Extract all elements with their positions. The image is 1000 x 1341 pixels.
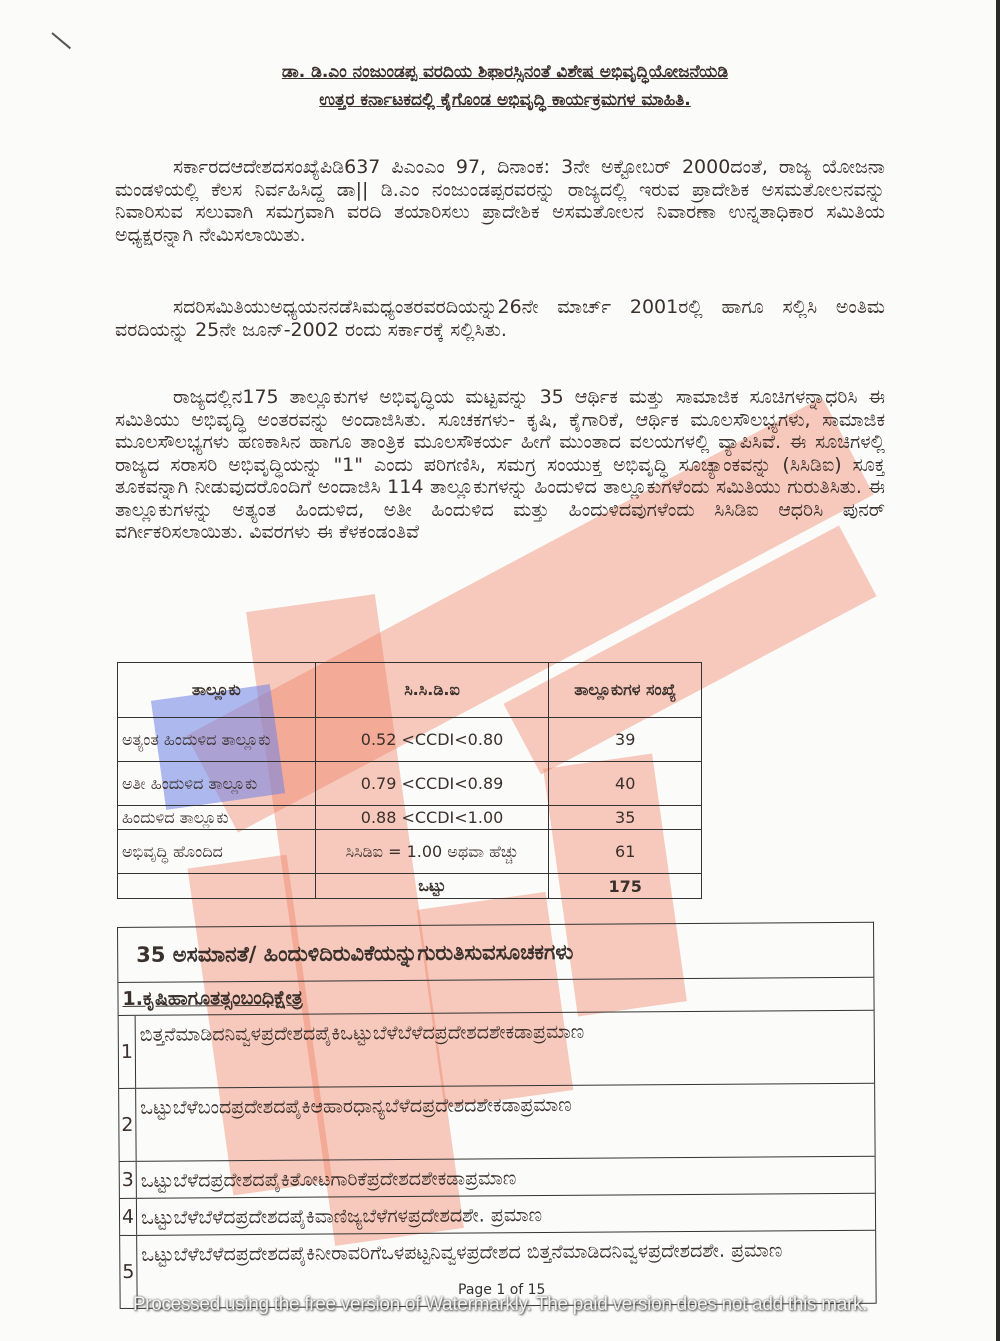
- indicator-number: 3: [120, 1162, 137, 1198]
- pen-mark: [51, 32, 71, 49]
- cell-category: ಅಭಿವೃದ್ಧಿ ಹೊಂದಿದ: [118, 830, 316, 874]
- title-line-1: ಡಾ. ಡಿ.ಎಂ ನಂಜುಂಡಪ್ಪ ವರದಿಯ ಶಿಫಾರಸ್ಸಿನಂತೆ …: [130, 58, 880, 86]
- indicator-number: 2: [119, 1089, 137, 1161]
- cell-range: 0.79 <CCDI<0.89: [315, 762, 549, 806]
- table-row: ಹಿಂದುಳಿದ ತಾಲ್ಲೂಕು 0.88 <CCDI<1.00 35: [118, 806, 702, 830]
- paragraph-3: ರಾಜ್ಯದಲ್ಲಿನ175 ತಾಲ್ಲೂಕುಗಳ ಅಭಿವೃದ್ಧಿಯ ಮಟ್…: [115, 386, 885, 544]
- indicator-text: ಬಿತ್ತನೆಮಾಡಿದನಿವ್ವಳಪ್ರದೇಶದಪೈಕಿಒಟ್ಟುಬೆಳೆಬೆ…: [136, 1011, 874, 1088]
- cell-range: 0.88 <CCDI<1.00: [315, 806, 549, 830]
- indicator-row: 3 ಒಟ್ಟುಬೆಳೆದಪ್ರದೇಶದಪೈಕಿತೋಟಗಾರಿಕೆಪ್ರದೇಶದಶ…: [120, 1157, 875, 1199]
- indicator-row: 4 ಒಟ್ಟುಬೆಳೆಬೆಳೆದಪ್ರದೇಶದಪೈಕಿವಾಣಿಜ್ಯಬೆಳೆಗಳ…: [120, 1194, 875, 1236]
- indicators-table: 35 ಅಸಮಾನತೆ/ ಹಿಂದುಳಿದಿರುವಿಕೆಯನ್ನುಗುರುತಿಸು…: [117, 922, 877, 1309]
- paragraph-1: ಸರ್ಕಾರದಆದೇಶದಸಂಖ್ಯೆಪಿಡಿ637 ಪಿಎಂಎಂ 97, ದಿನ…: [115, 156, 885, 246]
- table-row: ಅತೀ ಹಿಂದುಳಿದ ತಾಲ್ಲೂಕು 0.79 <CCDI<0.89 40: [118, 762, 702, 806]
- cell-empty: [118, 874, 316, 899]
- paragraph-2: ಸದರಿಸಮಿತಿಯುಅಧ್ಯಯನನಡೆಸಿಮಧ್ಯಂತರವರದಿಯನ್ನು26…: [115, 296, 885, 341]
- cell-count: 35: [549, 806, 702, 830]
- table-row: ಅಭಿವೃದ್ಧಿ ಹೊಂದಿದ ಸಿಸಿಡಿಐ = 1.00 ಅಥವಾ ಹೆಚ…: [118, 830, 702, 874]
- page-edge: [996, 0, 1000, 1341]
- total-label: ಒಟ್ಟು: [315, 874, 549, 899]
- cell-range: ಸಿಸಿಡಿಐ = 1.00 ಅಥವಾ ಹೆಚ್ಚು: [315, 830, 549, 874]
- cell-category: ಅತೀ ಹಿಂದುಳಿದ ತಾಲ್ಲೂಕು: [118, 762, 316, 806]
- indicator-row: 1 ಬಿತ್ತನೆಮಾಡಿದನಿವ್ವಳಪ್ರದೇಶದಪೈಕಿಒಟ್ಟುಬೆಳೆ…: [119, 1011, 874, 1089]
- cell-count: 40: [549, 762, 702, 806]
- indicator-text: ಒಟ್ಟುಬೆಳೆದಪ್ರದೇಶದಪೈಕಿತೋಟಗಾರಿಕೆಪ್ರದೇಶದಶೇಕ…: [137, 1157, 875, 1198]
- document-title: ಡಾ. ಡಿ.ಎಂ ನಂಜುಂಡಪ್ಪ ವರದಿಯ ಶಿಫಾರಸ್ಸಿನಂತೆ …: [130, 58, 880, 114]
- cell-count: 61: [549, 830, 702, 874]
- header-taluk: ತಾಲ್ಲೂಕು: [118, 663, 316, 718]
- indicator-number: 4: [120, 1199, 137, 1235]
- table-row: ಅತ್ಯಂತ ಹಿಂದುಳಿದ ತಾಲ್ಲೂಕು 0.52 <CCDI<0.80…: [118, 718, 702, 762]
- cell-count: 39: [549, 718, 702, 762]
- table-header-row: ತಾಲ್ಲೂಕು ಸಿ.ಸಿ.ಡಿ.ಐ ತಾಲ್ಲೂಕುಗಳ ಸಂಖ್ಯೆ: [118, 663, 702, 718]
- indicator-text: ಒಟ್ಟುಬೆಳೆಬಂದಪ್ರದೇಶದಪೈಕಿಆಹಾರಧಾನ್ಯಬೆಳೆದಪ್ರ…: [136, 1084, 874, 1161]
- header-count: ತಾಲ್ಲೂಕುಗಳ ಸಂಖ್ಯೆ: [549, 663, 702, 718]
- cell-category: ಅತ್ಯಂತ ಹಿಂದುಳಿದ ತಾಲ್ಲೂಕು: [118, 718, 316, 762]
- title-line-2: ಉತ್ತರ ಕರ್ನಾಟಕದಲ್ಲಿ ಕೈಗೊಂಡ ಅಭಿವೃದ್ಧಿ ಕಾರ್…: [130, 86, 880, 114]
- indicators-heading: 35 ಅಸಮಾನತೆ/ ಹಿಂದುಳಿದಿರುವಿಕೆಯನ್ನುಗುರುತಿಸು…: [118, 923, 873, 983]
- watermark-text: Processed using the free version of Wate…: [0, 1294, 1000, 1316]
- cell-range: 0.52 <CCDI<0.80: [315, 718, 549, 762]
- indicators-section: 1.ಕೃಷಿಹಾಗೂತತ್ಸಂಬಂಧಿಕ್ಷೇತ್ರ: [118, 978, 873, 1016]
- indicator-text: ಒಟ್ಟುಬೆಳೆಬೆಳೆದಪ್ರದೇಶದಪೈಕಿವಾಣಿಜ್ಯಬೆಳೆಗಳಪ್…: [137, 1194, 875, 1235]
- indicator-row: 2 ಒಟ್ಟುಬೆಳೆಬಂದಪ್ರದೇಶದಪೈಕಿಆಹಾರಧಾನ್ಯಬೆಳೆದಪ…: [119, 1084, 874, 1162]
- table-total-row: ಒಟ್ಟು 175: [118, 874, 702, 899]
- ccdi-table: ತಾಲ್ಲೂಕು ಸಿ.ಸಿ.ಡಿ.ಐ ತಾಲ್ಲೂಕುಗಳ ಸಂಖ್ಯೆ ಅತ…: [117, 662, 702, 899]
- cell-category: ಹಿಂದುಳಿದ ತಾಲ್ಲೂಕು: [118, 806, 316, 830]
- indicator-number: 1: [119, 1016, 137, 1088]
- total-value: 175: [549, 874, 702, 899]
- header-ccdi: ಸಿ.ಸಿ.ಡಿ.ಐ: [315, 663, 549, 718]
